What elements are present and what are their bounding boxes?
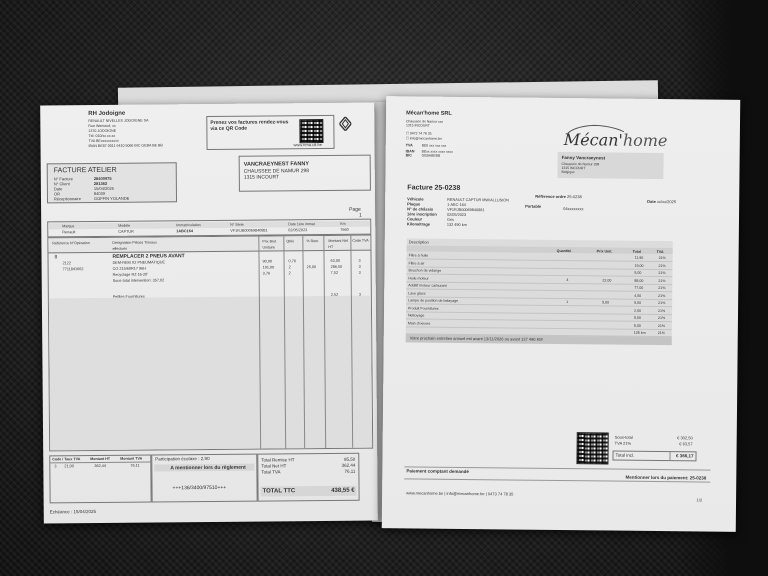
item-desc: Main d'oeuvre	[408, 320, 431, 326]
total-value: € 63,57	[679, 441, 692, 447]
date-label: Date	[647, 199, 656, 204]
item-desc: Huile moteur	[408, 275, 428, 281]
line-price: 3,76	[263, 270, 270, 276]
total-value: 76,11	[344, 469, 355, 475]
reference-value: 25-0238	[567, 194, 582, 199]
vat-summary-table: Code / Taux TVAMontant HTMontant TVA 321…	[49, 455, 151, 504]
company-name: Mécan'home SRL	[406, 110, 452, 116]
sender-line: IBAN BE87 0011 6410 5066 BIC GEBA BE BB	[89, 142, 163, 149]
grand-total-value: 438,55 €	[331, 488, 354, 494]
item-total: 5,00	[634, 300, 641, 306]
item-total: 5,00	[634, 270, 641, 276]
item-tva: 21%	[658, 308, 665, 314]
line-rem: 25,00	[307, 264, 317, 270]
bank-label: BIC	[406, 152, 412, 158]
column-header: Prix Brut Unitaire	[262, 238, 284, 250]
totals-list: Sous-total€ 302,50TVA 21%€ 63,57	[613, 435, 695, 436]
item-tva: 21%	[658, 315, 665, 321]
item-tva: 21%	[658, 270, 665, 276]
structured-communication: +++136/3400/97510+++	[173, 485, 227, 491]
company-contact: ☐ info@mecanhome.be	[406, 135, 442, 141]
item-desc: Produit Fournitures	[408, 305, 439, 311]
column-header: Code TVA	[352, 238, 374, 244]
vehicle-value: Renault	[62, 229, 75, 235]
total-label: TVA 21%	[615, 441, 631, 447]
vat-rate: 21,00	[64, 463, 74, 469]
grand-total-value: € 366,17	[676, 453, 694, 459]
client-line: Belgique	[561, 169, 574, 175]
vehicle-value: 1ABC164	[176, 228, 193, 234]
recipient-box: VANCRAEYNEST FANNY CHAUSSEE DE NAMUR 298…	[239, 155, 371, 192]
column-header: Référence N°Opération	[52, 240, 102, 246]
vehicle-value: 02/05/2023	[288, 227, 307, 233]
mecanhome-logo: Mécan'home	[564, 130, 668, 150]
vehicle-field-value: 132 490 km	[447, 222, 467, 228]
line-desc: Sous-total intervention: 357,02	[113, 277, 165, 283]
vehicle-value: VF1RJB00069840881	[230, 227, 267, 233]
vat-header: Code / Taux TVA	[52, 456, 80, 462]
field-label: Réceptionnaire	[54, 196, 81, 202]
lines-body: 2122DEM-REM X2 PNEUMATIQUE90,000,7063,00…	[49, 258, 371, 261]
invoice-title: FACTURE ATELIER	[54, 167, 117, 176]
payment-qr-code-icon[interactable]	[576, 432, 608, 464]
recipient-name: VANCRAEYNEST FANNY	[244, 161, 309, 168]
invoice-lines-table: Référence N°OpérationDésignation Pièces …	[47, 235, 373, 452]
item-total: 88,00	[634, 277, 643, 283]
portable-value: 04xxxxxxxx	[563, 206, 584, 212]
item-unit-price: 5,00	[602, 299, 609, 305]
item-total: 5,00	[634, 322, 641, 328]
item-total: 5,00	[634, 315, 641, 321]
invoice-date: Date xx/xx/2025	[647, 199, 676, 205]
grand-total-box: Total incl. € 366,17	[612, 451, 696, 462]
vat-ht: 362,44	[94, 463, 106, 469]
item-tva: 21%	[658, 263, 665, 269]
item-total: 11,90	[635, 255, 644, 261]
sender-name: RH Jodoigne	[88, 111, 125, 117]
line-net: 7,52	[331, 270, 338, 276]
field-value: GOFFIN YOLANDE	[94, 196, 129, 202]
vat-amount: 76,11	[130, 463, 139, 469]
item-desc: Nettoyage	[408, 312, 424, 318]
totals-box: Total Remise HT95,50Total Net HT362,44To…	[257, 453, 359, 502]
line-qty: 2	[289, 270, 291, 276]
section-marker: 8	[54, 254, 57, 260]
item-tva: 21%	[658, 300, 665, 306]
workshop-invoice: RH Jodoigne RENAULT NIVELLES JODOIGNE SA…	[40, 103, 378, 524]
total-label: Total TVA	[261, 469, 280, 475]
recipient-city: 1315 INCOURT	[244, 174, 279, 180]
vat-header: Montant HT	[90, 456, 110, 462]
eco-participation: Participation écotaxe : 2,90	[155, 456, 209, 462]
invoice-title: Facture 25-0238	[407, 184, 460, 193]
vat-code: 3	[54, 463, 56, 469]
qr-code-icon[interactable]	[299, 119, 323, 143]
column-header: Montant Net HT	[328, 238, 350, 250]
item-tva: 21%	[658, 323, 665, 329]
column-header: Désignation Pièces Travaux effectués	[112, 239, 172, 252]
reference: Référence ordre 25-0238	[535, 194, 582, 200]
bank-value: GEBABEBB	[422, 153, 441, 159]
grand-total-label: Total incl.	[615, 453, 634, 459]
item-tva: 21%	[658, 278, 665, 284]
column-header: Qtés	[286, 238, 308, 244]
item-tva: 21%	[659, 255, 666, 261]
payment-note: Paiement comptant demandé	[406, 468, 469, 475]
grand-total-row: TOTAL TTC 438,55 €	[261, 486, 357, 497]
item-qty: 4	[566, 277, 568, 283]
item-desc: Bouchon de vidange	[408, 267, 441, 273]
vehicle-value: CAPTUR	[118, 229, 134, 235]
item-desc: Lampe de position de balayage	[408, 297, 458, 304]
portable-label: Portable	[525, 204, 541, 210]
vehicle-field-label: Kilométrage	[407, 221, 430, 227]
item-tva: 21%	[658, 293, 665, 299]
vehicle-value: 7660	[340, 227, 349, 233]
payment-note: A mentionner lors du règlement	[170, 465, 245, 472]
footer-contact: www.mecanhome.be | info@mecanhome.be | 0…	[406, 490, 513, 497]
items-table: Description QuantitéPrix Unit.TotalTVA F…	[406, 238, 673, 345]
lines-header-row: Référence N°OpérationDésignation Pièces …	[48, 236, 370, 254]
line-tva: 3	[359, 270, 361, 276]
logo-text-home: home	[623, 131, 668, 150]
item-qty: 1	[566, 299, 568, 305]
payment-box: Participation écotaxe : 2,90 A mentionne…	[151, 454, 257, 503]
item-desc: Filtre à air	[408, 260, 424, 266]
due-date: Echéance : 15/04/2025	[50, 509, 96, 515]
item-tva: 21%	[658, 285, 665, 291]
invoice-header-box: FACTURE ATELIER N° Facture28400975N° Cli…	[47, 162, 177, 203]
line-ref: 7711841662	[63, 266, 84, 272]
qr-prompt-box: Prenez vos factures rendez-vous via ce Q…	[206, 115, 334, 150]
column-header: % Rem.	[306, 238, 328, 244]
next-service-note: Votre prochain entretien annuel est avan…	[410, 335, 543, 342]
grand-total-label: TOTAL TTC	[263, 488, 296, 494]
item-unit-price: 22,00	[602, 277, 611, 283]
qr-url: www.rena.ult.be	[294, 142, 323, 148]
car-silhouette-icon	[566, 124, 626, 135]
client-address-box: Fanny Vancraeynest Chaussée de Namur 298…	[557, 152, 663, 179]
item-total: 4,00	[634, 292, 641, 298]
reference-label: Référence ordre	[535, 194, 566, 199]
renault-logo-icon	[339, 117, 351, 131]
item-desc: Additif moteur carburant	[408, 282, 446, 288]
item-total: 2,00	[634, 307, 641, 313]
qr-prompt-text: Prenez vos factures rendez-vous via ce Q…	[210, 119, 290, 132]
next-service-banner: Votre prochain entretien annuel est avan…	[406, 334, 672, 345]
page-number: 1/2	[696, 497, 702, 503]
item-desc: Lave glace	[408, 290, 425, 296]
company-line: 1315 INCOURT	[406, 122, 430, 128]
garage-invoice: Mécan'home SRL Chaussée de Namur xxx1315…	[382, 96, 741, 532]
item-total: 19,00	[634, 262, 643, 268]
item-total: 77,00	[634, 285, 643, 291]
item-desc: Filtre à huile	[409, 252, 429, 258]
totals-list: Total Remise HT95,50Total Net HT362,44To…	[261, 457, 355, 458]
vat-header: Montant TVA	[120, 456, 142, 462]
item-tva: 21%	[658, 330, 665, 336]
date-value: xx/xx/2025	[657, 199, 676, 204]
item-total: 105 km	[634, 330, 646, 336]
vat-row: 321,00362,4476,11	[50, 463, 150, 470]
